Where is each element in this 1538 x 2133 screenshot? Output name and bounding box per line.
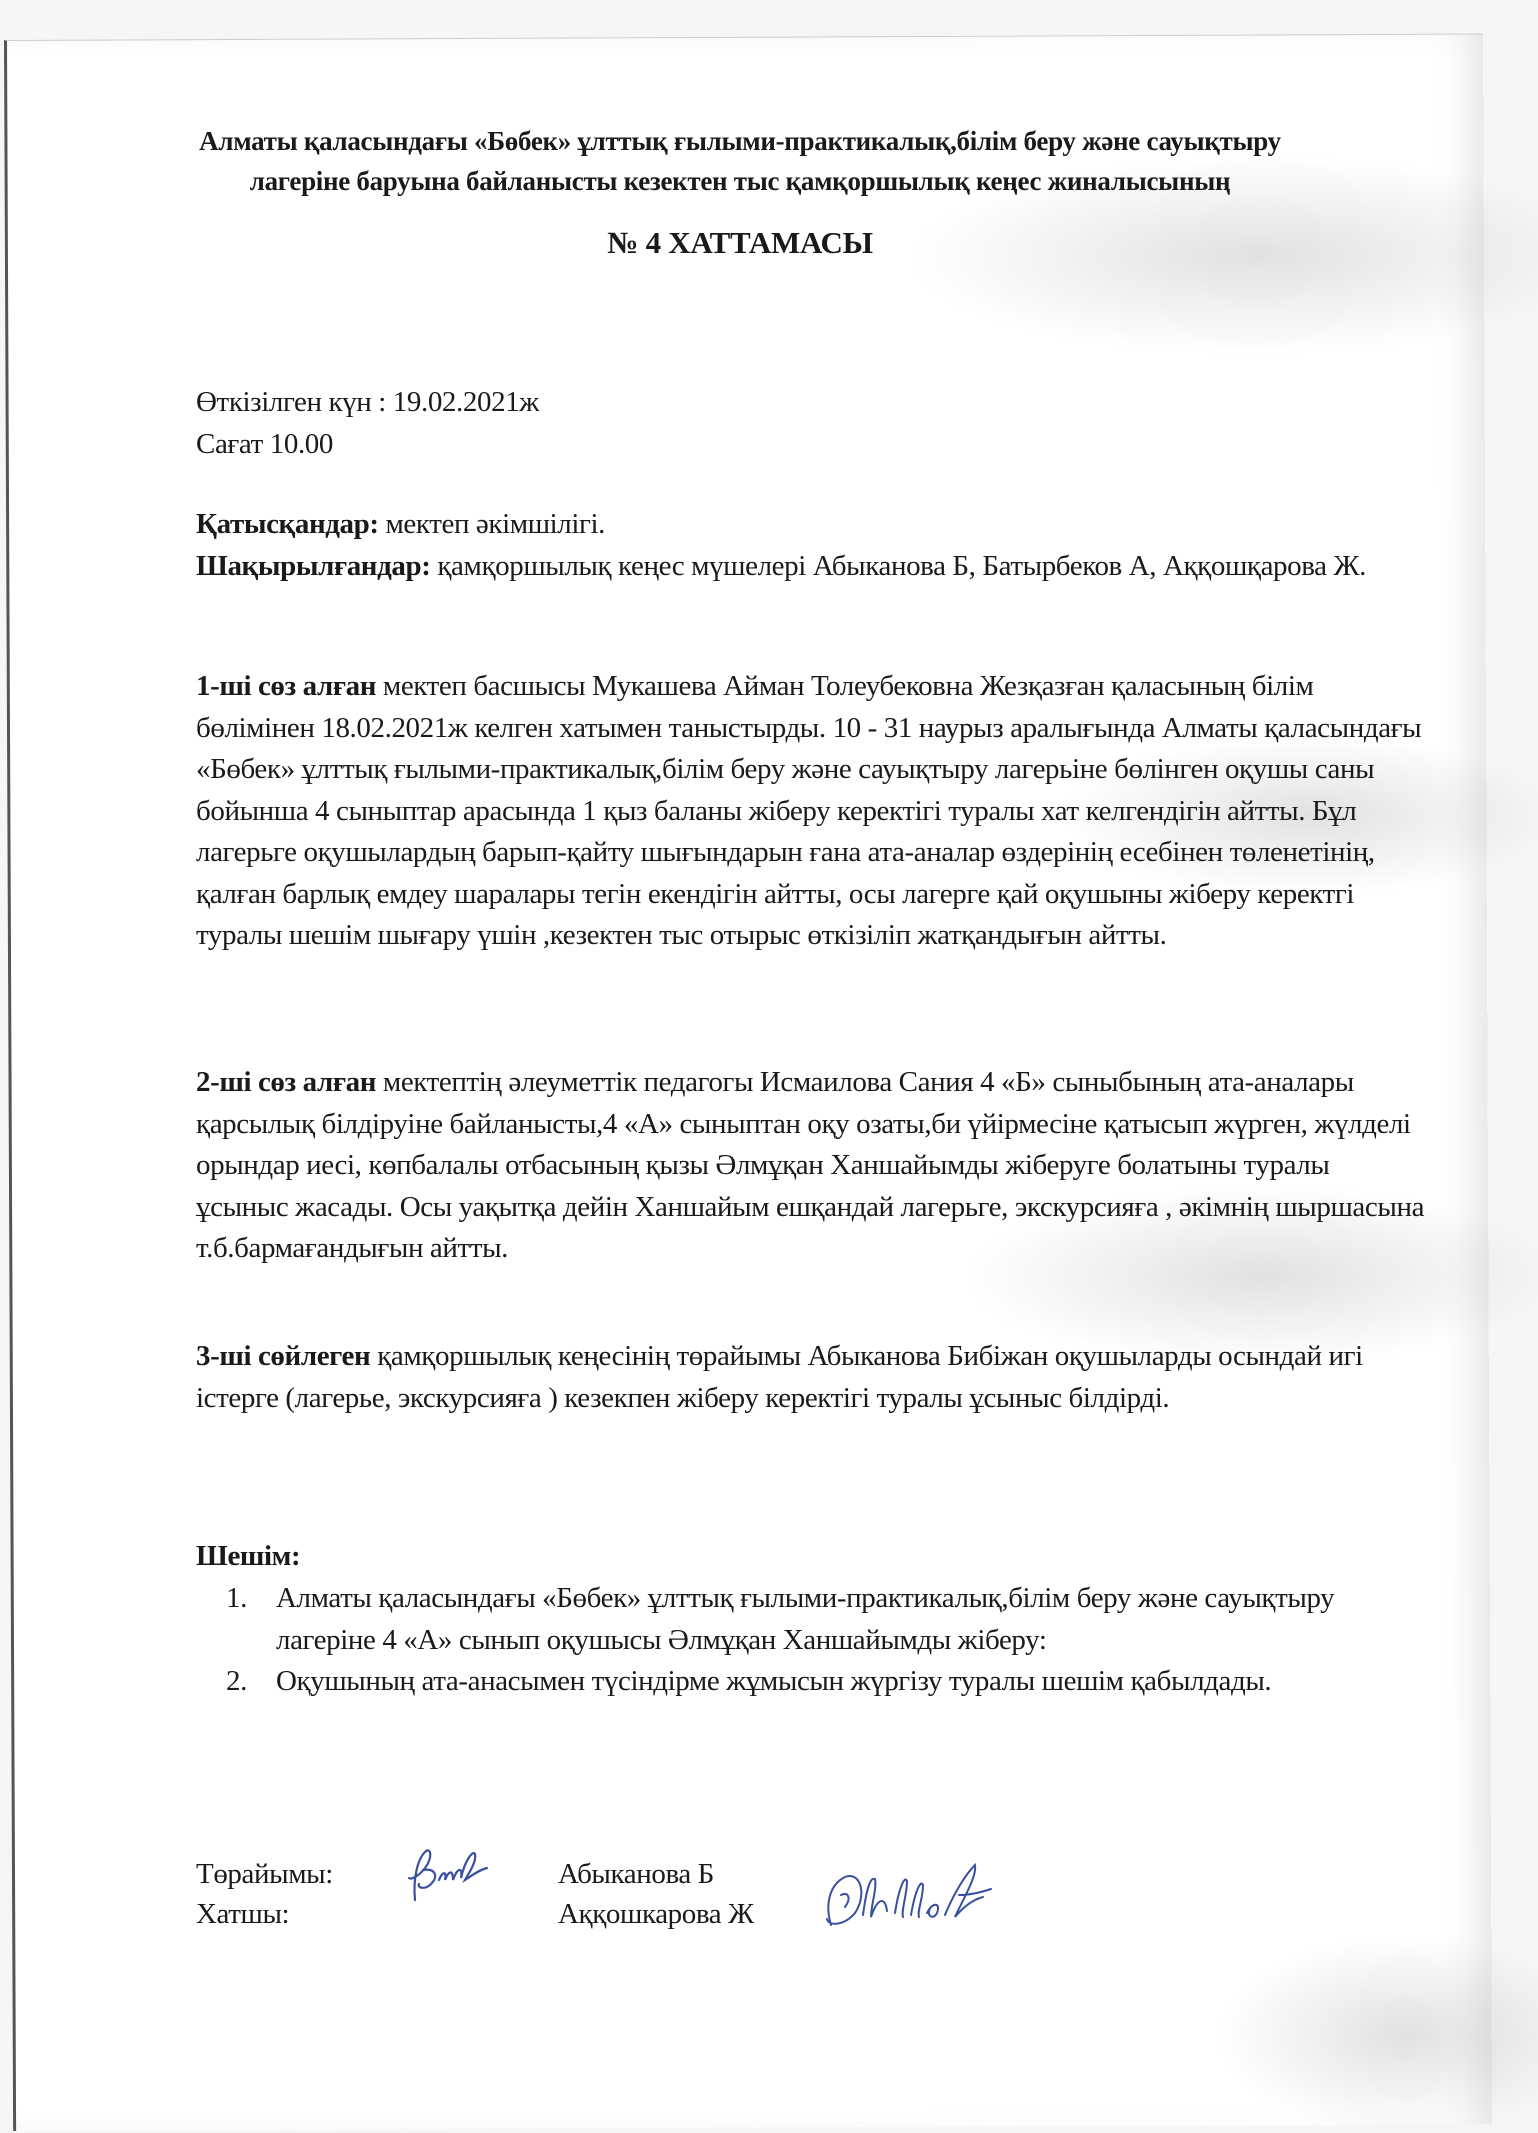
meeting-date: Өткізілген күн : 19.02.2021ж xyxy=(196,386,539,419)
speech-1-text: мектеп басшысы Мукашева Айман Толеубеков… xyxy=(196,670,1421,951)
decision-label: Шешім: xyxy=(196,1536,1426,1578)
attendees-invited: Шақырылғандар: қамқоршылық кеңес мүшелер… xyxy=(196,546,1426,588)
decision-item: 1. Алматы қаласындағы «Бөбек» ұлттық ғыл… xyxy=(196,1578,1426,1661)
protocol-title: № 4 ХАТТАМАСЫ xyxy=(0,225,1480,261)
speech-3-label: 3-ші сөйлеген xyxy=(196,1340,370,1372)
attendees-present: Қатысқандар: мектеп әкімшілігі. xyxy=(196,504,1426,546)
speech-3: 3-ші сөйлеген қамқоршылық кеңесінің төра… xyxy=(196,1336,1426,1419)
speech-1: 1-ші сөз алған мектеп басшысы Мукашева А… xyxy=(196,666,1426,957)
secretary-signature-icon xyxy=(815,1855,1005,1940)
present-value: мектеп әкімшілігі. xyxy=(379,508,605,540)
scan-smudge xyxy=(1215,1934,1538,2133)
present-label: Қатысқандар: xyxy=(196,508,379,540)
invited-value: қамқоршылық кеңес мүшелері Абыканова Б, … xyxy=(430,550,1365,582)
decision-item-text: Алматы қаласындағы «Бөбек» ұлттық ғылыми… xyxy=(276,1582,1334,1656)
decision-list: 1. Алматы қаласындағы «Бөбек» ұлттық ғыл… xyxy=(196,1578,1426,1703)
speech-2-text: мектептің әлеуметтік педагогы Исмаилова … xyxy=(196,1066,1424,1264)
header-line-2: лагеріне баруына байланысты кезектен тыс… xyxy=(0,166,1480,197)
speech-2-label: 2-ші сөз алған xyxy=(196,1066,376,1098)
chair-name: Абыканова Б xyxy=(558,1858,714,1891)
chair-signature-icon xyxy=(395,1840,505,1915)
decision-item-number: 1. xyxy=(226,1578,247,1620)
speech-2: 2-ші сөз алған мектептің әлеуметтік педа… xyxy=(196,1062,1426,1270)
secretary-label: Хатшы: xyxy=(196,1898,289,1931)
chair-label: Төрайымы: xyxy=(196,1858,333,1891)
meeting-time: Сағат 10.00 xyxy=(196,428,333,461)
speech-3-text: қамқоршылық кеңесінің төрайымы Абыканова… xyxy=(196,1340,1363,1414)
speech-1-label: 1-ші сөз алған xyxy=(196,670,376,702)
secretary-name: Аққошкарова Ж xyxy=(558,1898,754,1931)
decision-item-text: Оқушының ата-анасымен түсіндірме жұмысын… xyxy=(276,1665,1271,1697)
decision-item: 2. Оқушының ата-анасымен түсіндірме жұмы… xyxy=(196,1661,1426,1703)
invited-label: Шақырылғандар: xyxy=(196,550,430,582)
header-line-1: Алматы қаласындағы «Бөбек» ұлттық ғылыми… xyxy=(0,126,1480,157)
decision-item-number: 2. xyxy=(226,1661,247,1703)
